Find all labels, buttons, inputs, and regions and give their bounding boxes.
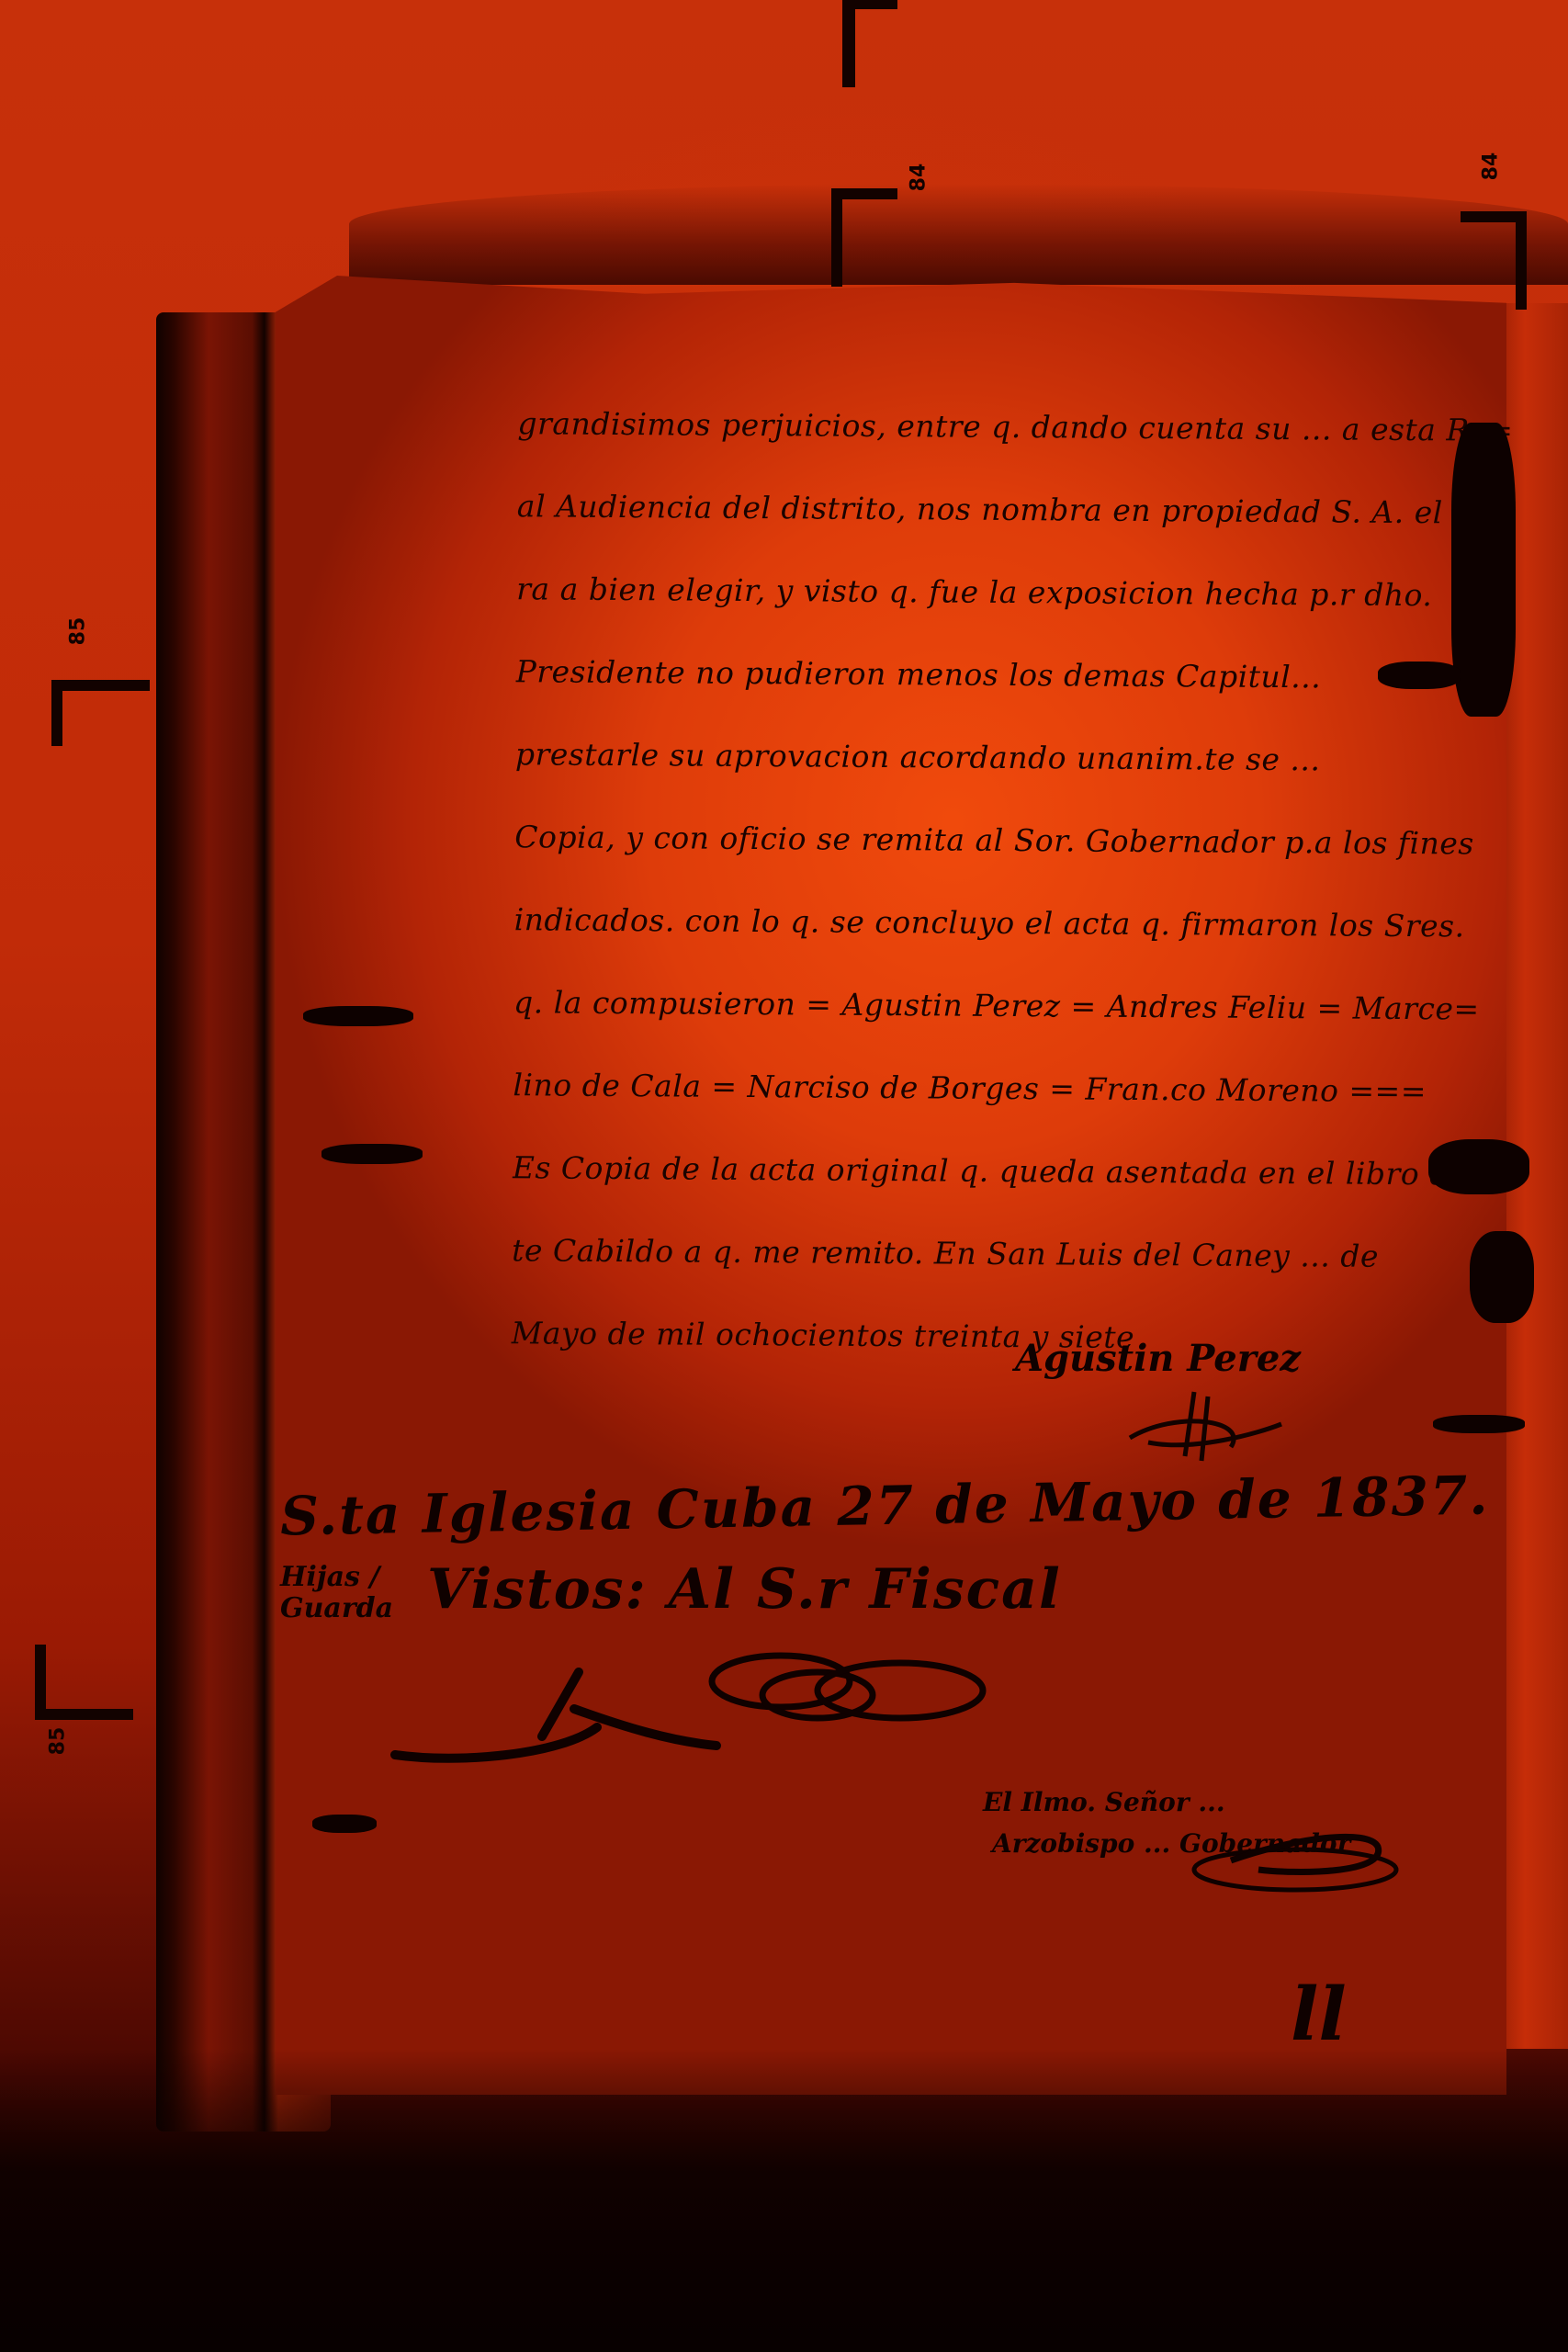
- rubric-flourish-icon: [1157, 1819, 1405, 1902]
- endorsement-left-note: Hijas / Guarda: [280, 1562, 418, 1624]
- page-shadow: [349, 184, 1568, 285]
- paper-damage: [1433, 1415, 1525, 1433]
- manuscript-line: al Audiencia del distrito, nos nombra en…: [517, 465, 1510, 555]
- manuscript-line: prestarle su aprovacion acordando unanim…: [515, 713, 1508, 803]
- manuscript-line: Mayo de mil ochocientos treinta y siete: [511, 1292, 1504, 1382]
- endorsement-fiscal-line: Vistos: Al S.r Fiscal: [427, 1557, 1062, 1622]
- crop-mark-label: 85: [68, 617, 88, 646]
- paper-damage: [1428, 1139, 1529, 1194]
- crop-mark-label: 84: [908, 164, 929, 192]
- crop-mark-left-bottom: [35, 1645, 133, 1720]
- table-shadow: [0, 2049, 1568, 2352]
- manuscript-line: ra a bien elegir, y visto q. fue la expo…: [516, 548, 1509, 638]
- rubric-flourish-icon: [1121, 1383, 1295, 1465]
- paper-damage: [321, 1144, 423, 1164]
- paper-damage: [1378, 661, 1461, 689]
- manuscript-line: Copia, y con oficio se remita al Sor. Go…: [514, 796, 1507, 886]
- crop-mark-label: 85: [48, 1727, 68, 1756]
- manuscript-line: q. la compusieron = Agustin Perez = Andr…: [513, 961, 1506, 1051]
- manuscript-line: lino de Cala = Narciso de Borges = Fran.…: [513, 1044, 1506, 1134]
- lower-right-note: El Ilmo. Señor ...: [983, 1787, 1225, 1817]
- crop-mark-top-center: [831, 188, 897, 287]
- rubric-flourish-icon: [698, 1640, 1001, 1741]
- manuscript-line: Presidente no pudieron menos los demas C…: [515, 630, 1508, 720]
- crop-mark-top: [842, 0, 897, 9]
- crop-mark-left-middle: [51, 680, 150, 746]
- paper-damage: [303, 1006, 413, 1026]
- crop-mark-top-right: [1461, 211, 1527, 310]
- paper-damage: [1451, 423, 1516, 717]
- manuscript-line: indicados. con lo q. se concluyo el acta…: [513, 878, 1506, 968]
- manuscript-line: Es Copia de la acta original q. queda as…: [512, 1126, 1505, 1216]
- manuscript-body: grandisimos perjuicios, entre q. dando c…: [511, 382, 1510, 1382]
- manuscript-line: te Cabildo a q. me remito. En San Luis d…: [512, 1209, 1505, 1299]
- page-corner-mark: ll: [1291, 1971, 1347, 2057]
- signature-agustin-perez: Agustin Perez: [1015, 1337, 1301, 1380]
- crop-mark-top: [842, 0, 901, 87]
- lower-left-signature-icon: [377, 1663, 726, 1764]
- paper-damage: [1470, 1231, 1534, 1323]
- crop-mark-label: 84: [1481, 153, 1501, 181]
- paper-damage: [312, 1815, 377, 1833]
- manuscript-line: grandisimos perjuicios, entre q. dando c…: [517, 382, 1510, 472]
